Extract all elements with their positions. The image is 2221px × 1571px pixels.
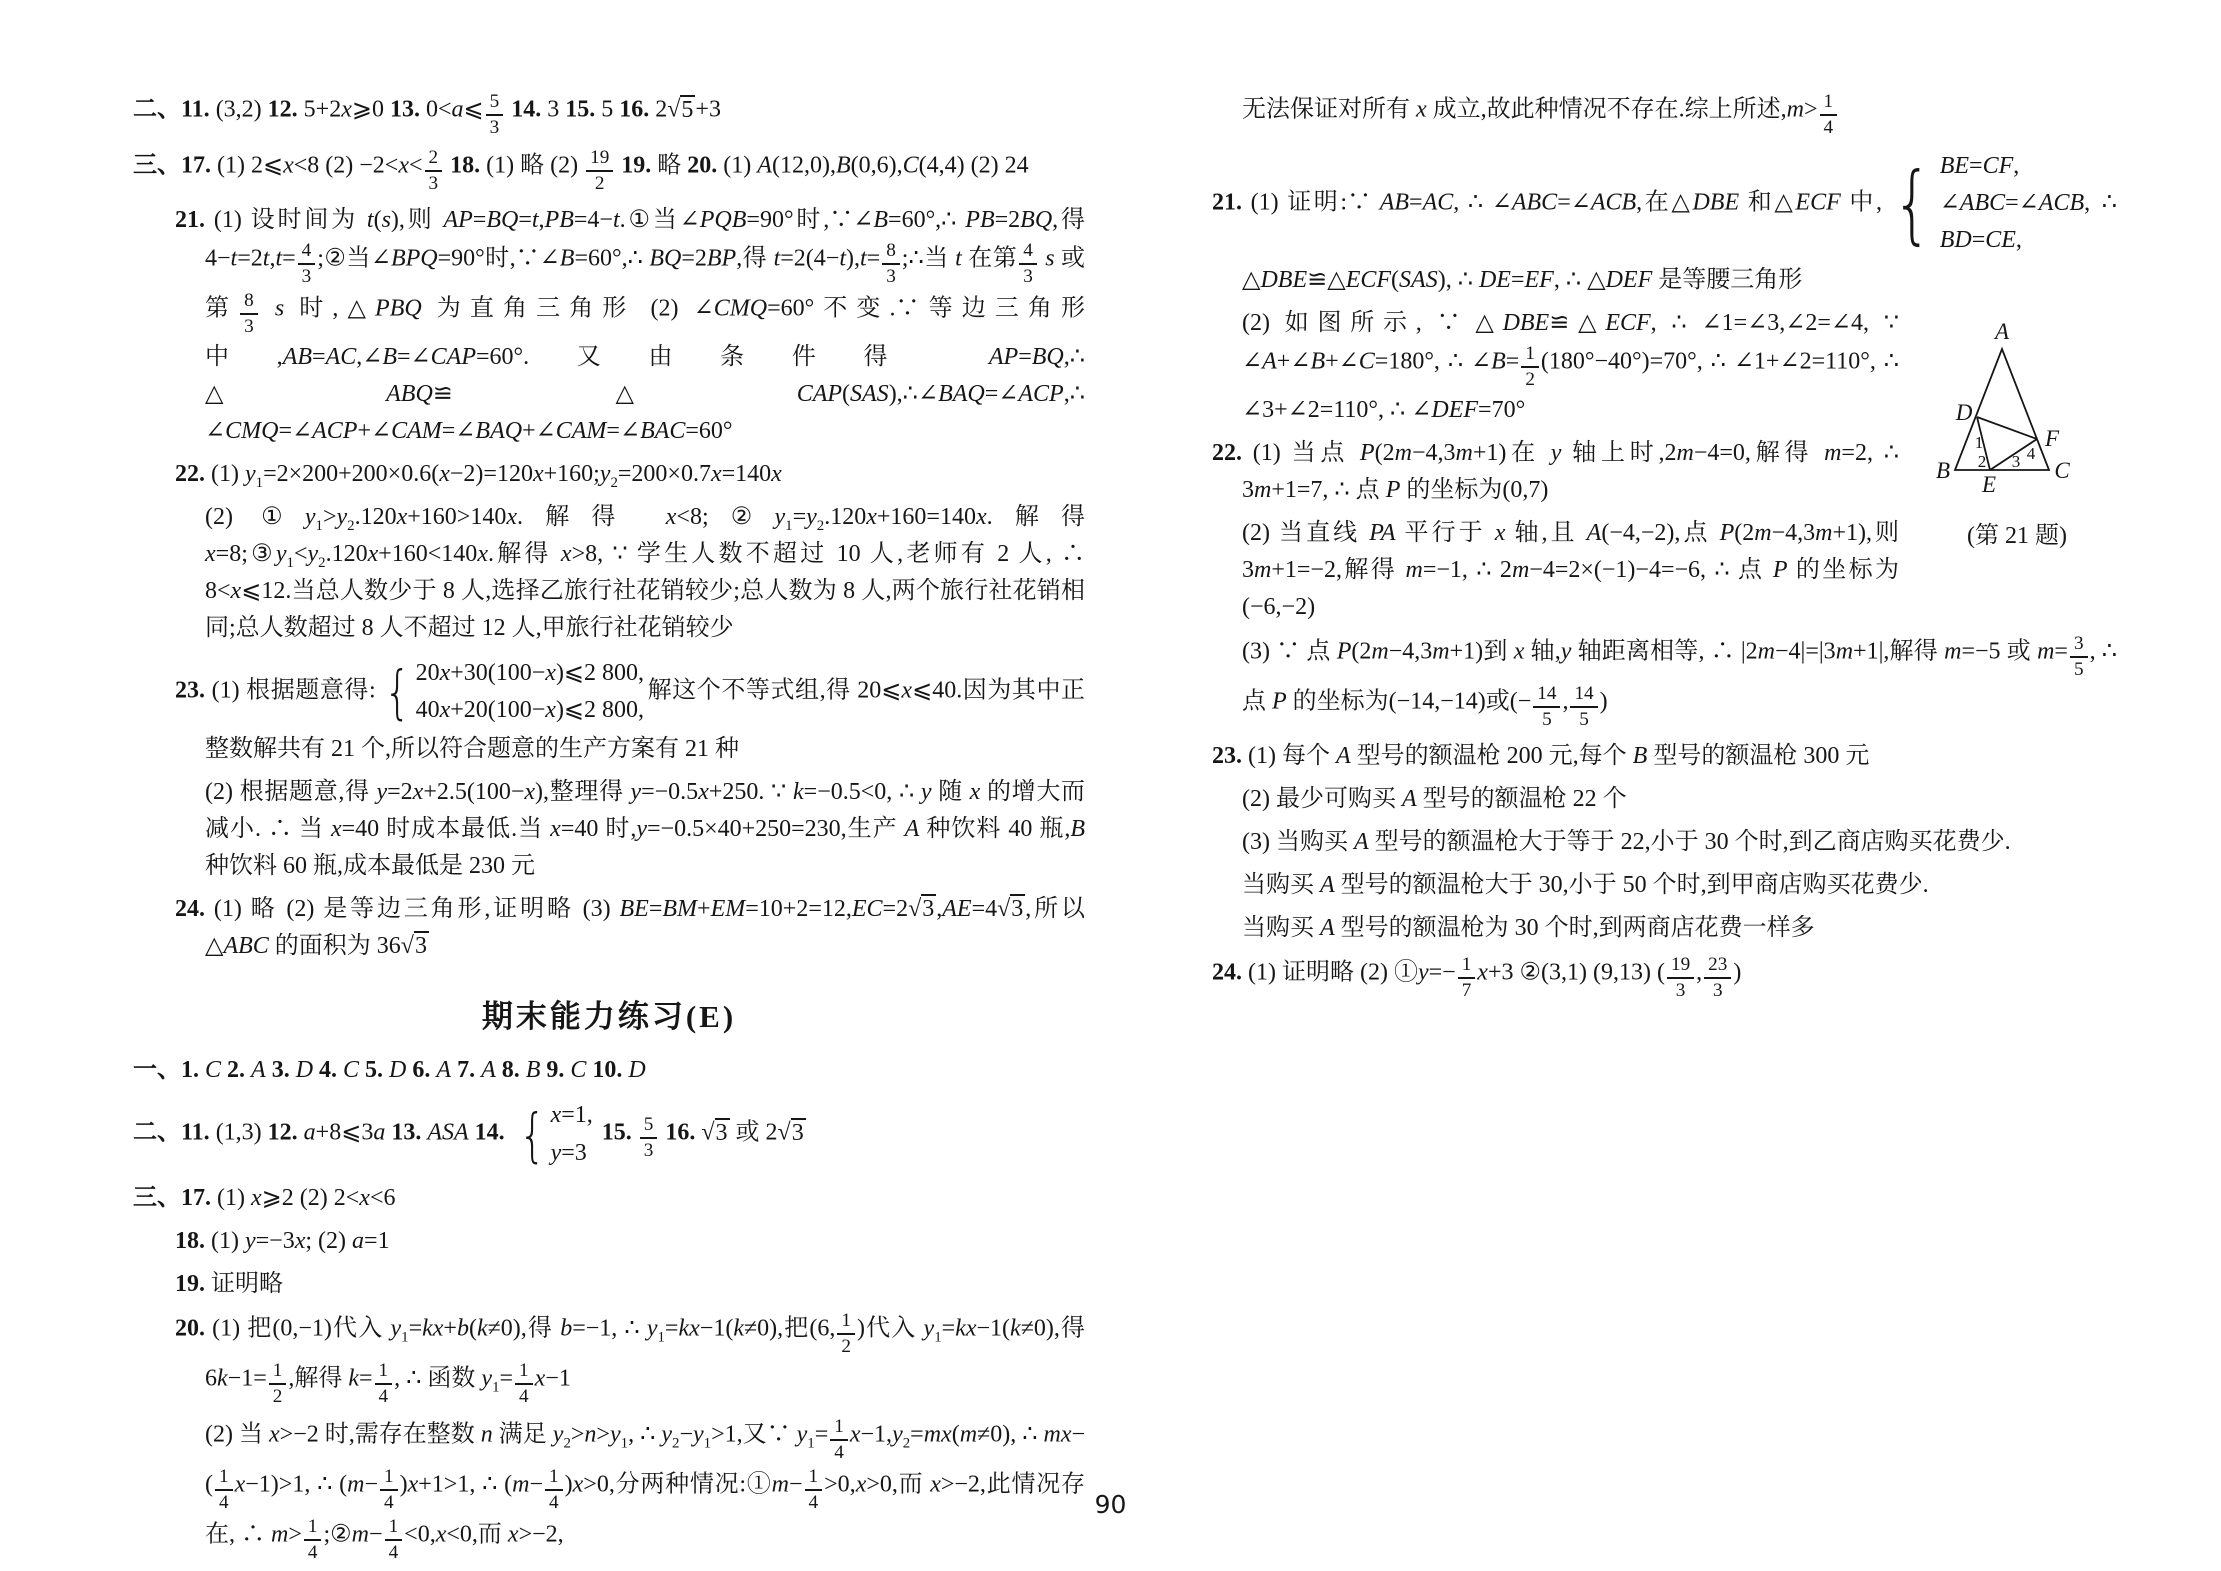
answer-paragraph: (2) ①y1>y2.120x+160>140x.解得 x<8;②y1=y2.1… [133, 499, 1085, 647]
problem-number: 18. [175, 1228, 211, 1254]
numerator: 1 [215, 1465, 233, 1491]
problem-number: 24. [1212, 959, 1248, 985]
fraction: 53 [640, 1113, 658, 1163]
denominator: 3 [1704, 979, 1731, 1003]
left-brace: { [519, 1106, 546, 1164]
denominator: 5 [1570, 708, 1597, 732]
item-number: 二、11. [133, 97, 210, 123]
denominator: 5 [1533, 708, 1560, 732]
angle-label-3: 3 [2012, 452, 2021, 471]
system-row: 40x+20(100−x)⩽2 800, [416, 692, 644, 729]
item-number: 一、1. [133, 1057, 199, 1083]
denominator: 3 [640, 1139, 658, 1163]
square-root: √5 [667, 95, 695, 123]
numerator: 1 [837, 1309, 855, 1335]
fraction: 14 [304, 1515, 322, 1565]
problem-20: 20. (1) 把(0,−1)代入 y1=kx+b(k≠0),得 b=−1, ∴… [133, 1309, 1085, 1409]
equation-system: {20x+30(100−x)⩽2 800,40x+20(100−x)⩽2 800… [379, 655, 644, 729]
answer-paragraph: (2) 最少可购买 A 型号的额温枪 22 个 [1212, 781, 2117, 818]
angle-label-2: 2 [1978, 452, 1987, 471]
item-number: 4. [319, 1057, 337, 1083]
square-root: √3 [401, 931, 429, 959]
denominator: 4 [830, 1441, 848, 1465]
numerator: 5 [640, 1113, 658, 1139]
answer-paragraph: 三、17. (1) x⩾2 (2) 2<x<6 [133, 1180, 1085, 1217]
fraction: 145 [1570, 682, 1597, 732]
fraction: 14 [375, 1359, 393, 1409]
problem-number: 23. [1212, 743, 1248, 769]
numerator: 14 [1570, 682, 1597, 708]
numerator: 14 [1533, 682, 1560, 708]
numerator: 23 [1704, 953, 1731, 979]
radicand: 3 [414, 931, 429, 959]
denominator: 3 [298, 265, 316, 289]
numerator: 1 [515, 1359, 533, 1385]
problem-number: 19. [175, 1271, 211, 1297]
numerator: 1 [1820, 90, 1838, 116]
item-number: 14. [475, 1120, 505, 1146]
square-root: √3 [778, 1118, 806, 1146]
item-number: 7. [457, 1057, 475, 1083]
left-column: 二、11. (3,2) 12. 5+2x⩾0 13. 0<a⩽53 14. 3 … [133, 84, 1085, 1571]
item-number: 9. [546, 1057, 564, 1083]
denominator: 2 [1521, 368, 1539, 392]
numerator: 5 [486, 90, 504, 116]
section-heading: 期末能力练习(E) [133, 991, 1085, 1036]
answer-paragraph: (3) ∵ 点 P(2m−4,3m+1)到 x 轴,y 轴距离相等, ∴ |2m… [1212, 632, 2117, 732]
problem-21-figure: A B C D E F 1 2 3 4 (第 21 题) [1917, 307, 2117, 555]
fraction: 14 [1820, 90, 1838, 140]
vertex-label-b: B [1936, 458, 1950, 483]
denominator: 4 [515, 1385, 533, 1409]
radicand: 3 [791, 1118, 806, 1146]
denominator: 2 [837, 1335, 855, 1359]
equation-system: {BE=CF,∠ABC=∠ACB,BD=CE, [1885, 148, 2090, 260]
problem-number: 24. [175, 896, 214, 922]
problem-19: 19. 证明略 [133, 1266, 1085, 1303]
square-root: √3 [908, 894, 936, 922]
triangle-diagram: A B C D E F 1 2 3 4 [1922, 307, 2112, 502]
numerator: 8 [240, 289, 258, 315]
item-number: 12. [268, 97, 298, 123]
denominator: 3 [486, 116, 504, 140]
square-root: √3 [701, 1118, 729, 1146]
radicand: 3 [1010, 894, 1025, 922]
radical-sign: √ [778, 1120, 791, 1146]
system-row: BD=CE, [1940, 222, 2090, 259]
item-number: 8. [502, 1057, 520, 1083]
denominator: 7 [1458, 979, 1476, 1003]
numerator: 19 [1667, 953, 1694, 979]
fraction: 35 [2070, 632, 2088, 682]
fraction: 83 [240, 289, 258, 339]
denominator: 5 [2070, 658, 2088, 682]
numerator: 4 [298, 239, 316, 265]
item-number: 三、17. [133, 153, 211, 179]
item-number: 19. [621, 153, 651, 179]
item-number: 16. [619, 97, 649, 123]
item-number: 20. [687, 153, 717, 179]
item-number: 14. [511, 97, 541, 123]
system-row: 20x+30(100−x)⩽2 800, [416, 655, 644, 692]
answer-paragraph: 二、11. (1,3) 12. a+8⩽3a 13. ASA 14. {x=1,… [133, 1095, 1085, 1173]
fraction: 53 [486, 90, 504, 140]
fraction: 12 [1521, 342, 1539, 392]
vertex-label-e: E [1981, 472, 1996, 497]
square-root: √3 [997, 894, 1025, 922]
denominator: 4 [375, 1385, 393, 1409]
item-number: 6. [412, 1057, 430, 1083]
answer-key-page: { "page": { "number": "90" }, "figure": … [0, 0, 2221, 1571]
problem-23: 23. (1) 根据题意得:{20x+30(100−x)⩽2 800,40x+2… [133, 653, 1085, 768]
denominator: 4 [385, 1541, 403, 1565]
fraction: 14 [830, 1415, 848, 1465]
fraction: 12 [837, 1309, 855, 1359]
numerator: 1 [1458, 953, 1476, 979]
problem-number: 21. [1212, 189, 1251, 215]
problem-number: 21. [175, 207, 214, 233]
item-number: 15. [602, 1120, 632, 1146]
radicand: 5 [680, 95, 695, 123]
item-number: 13. [390, 97, 420, 123]
fraction: 43 [298, 239, 316, 289]
problem-number: 22. [175, 461, 211, 487]
numerator: 1 [269, 1359, 287, 1385]
radical-sign: √ [701, 1120, 714, 1146]
vertex-label-c: C [2054, 458, 2070, 483]
answer-paragraph: (3) 当购买 A 型号的额温枪大于等于 22,小于 30 个时,到乙商店购买花… [1212, 824, 2117, 861]
fraction: 192 [586, 146, 613, 196]
system-row: x=1, [551, 1097, 593, 1134]
problem-number: 22. [1212, 440, 1253, 466]
radical-sign: √ [908, 896, 921, 922]
denominator: 4 [304, 1541, 322, 1565]
fraction: 14 [515, 1359, 533, 1409]
answer-paragraph: 三、17. (1) 2⩽x<8 (2) −2<x<23 18. (1) 略 (2… [133, 146, 1085, 196]
item-number: 18. [450, 153, 480, 179]
vertex-label-f: F [2044, 426, 2060, 451]
numerator: 19 [586, 146, 613, 172]
problem-21: 21. (1) 设时间为 t(s),则 AP=BQ=t,PB=4−t.①当∠PQ… [133, 202, 1085, 450]
item-number: 三、17. [133, 1185, 211, 1211]
radicand: 3 [715, 1118, 730, 1146]
fraction: 43 [1019, 239, 1037, 289]
radical-sign: √ [667, 97, 680, 123]
angle-label-4: 4 [2027, 444, 2036, 463]
fraction: 83 [882, 239, 900, 289]
item-number: 15. [565, 97, 595, 123]
denominator: 3 [1019, 265, 1037, 289]
radicand: 3 [921, 894, 936, 922]
fraction: 193 [1667, 953, 1694, 1003]
page-number: 90 [0, 1490, 2221, 1519]
denominator: 3 [882, 265, 900, 289]
item-number: 二、11. [133, 1120, 210, 1146]
denominator: 3 [1667, 979, 1694, 1003]
problem-22: 22. (1) y1=2×200+200×0.6(x−2)=120x+160;y… [133, 456, 1085, 493]
item-number: 10. [592, 1057, 622, 1083]
numerator: 1 [380, 1465, 398, 1491]
denominator: 2 [269, 1385, 287, 1409]
equation-system: {x=1,y=3 [514, 1097, 593, 1171]
item-number: 12. [268, 1120, 298, 1146]
vertex-label-a: A [1993, 319, 2010, 344]
vertex-label-d: D [1955, 400, 1973, 425]
problem-24: 24. (1) 证明略 (2) ①y=−17x+3 ②(3,1) (9,13) … [1212, 953, 2117, 1003]
item-number: 16. [665, 1120, 695, 1146]
fraction: 145 [1533, 682, 1560, 732]
numerator: 3 [2070, 632, 2088, 658]
problem-number: 23. [175, 678, 212, 704]
numerator: 2 [425, 146, 443, 172]
figure-caption: (第 21 题) [1917, 518, 2117, 555]
problem-number: 20. [175, 1315, 212, 1341]
left-brace: { [384, 663, 411, 721]
answer-paragraph: 无法保证对所有 x 成立,故此种情况不存在.综上所述,m>14 [1212, 90, 2117, 140]
denominator: 3 [425, 172, 443, 196]
numerator: 1 [1521, 342, 1539, 368]
radical-sign: √ [401, 933, 414, 959]
system-row: BE=CF, [1940, 148, 2090, 185]
fraction: 23 [425, 146, 443, 196]
denominator: 2 [586, 172, 613, 196]
denominator: 3 [240, 315, 258, 339]
answer-paragraph: A B C D E F 1 2 3 4 (第 21 题) (2) 如图所示, ∵… [1212, 305, 2117, 429]
left-brace: { [1893, 161, 1932, 247]
denominator: 4 [1820, 116, 1838, 140]
system-row: ∠ABC=∠ACB, [1940, 185, 2090, 222]
system-row: y=3 [551, 1135, 593, 1172]
fraction: 14 [385, 1515, 403, 1565]
system-rows: x=1,y=3 [551, 1097, 593, 1171]
item-number: 2. [227, 1057, 245, 1083]
problem-18: 18. (1) y=−3x; (2) a=1 [133, 1223, 1085, 1260]
item-number: 5. [365, 1057, 383, 1083]
answer-paragraph: 当购买 A 型号的额温枪大于 30,小于 50 个时,到甲商店购买花费少. [1212, 867, 2117, 904]
numerator: 4 [1019, 239, 1037, 265]
right-column: 无法保证对所有 x 成立,故此种情况不存在.综上所述,m>1421. (1) 证… [1212, 84, 2117, 1009]
angle-label-1: 1 [1975, 433, 1984, 452]
answer-paragraph: 当购买 A 型号的额温枪为 30 个时,到两商店花费一样多 [1212, 910, 2117, 947]
numerator: 1 [805, 1465, 823, 1491]
fraction: 233 [1704, 953, 1731, 1003]
numerator: 8 [882, 239, 900, 265]
answer-paragraph: 二、11. (3,2) 12. 5+2x⩾0 13. 0<a⩽53 14. 3 … [133, 90, 1085, 140]
fraction: 17 [1458, 953, 1476, 1003]
answer-paragraph: (2) 根据题意,得 y=2x+2.5(100−x),整理得 y=−0.5x+2… [133, 774, 1085, 885]
problem-21: 21. (1) 证明:∵ AB=AC, ∴ ∠ABC=∠ACB,在△DBE 和△… [1212, 146, 2117, 299]
problem-23: 23. (1) 每个 A 型号的额温枪 200 元,每个 B 型号的额温枪 30… [1212, 738, 2117, 775]
system-rows: BE=CF,∠ABC=∠ACB,BD=CE, [1940, 148, 2090, 260]
item-number: 13. [391, 1120, 421, 1146]
numerator: 1 [375, 1359, 393, 1385]
fraction: 12 [269, 1359, 287, 1409]
answer-paragraph: 一、1. C 2. A 3. D 4. C 5. D 6. A 7. A 8. … [133, 1052, 1085, 1089]
numerator: 1 [545, 1465, 563, 1491]
system-rows: 20x+30(100−x)⩽2 800,40x+20(100−x)⩽2 800, [416, 655, 644, 729]
problem-24: 24. (1) 略 (2) 是等边三角形,证明略 (3) BE=BM+EM=10… [133, 891, 1085, 965]
numerator: 1 [830, 1415, 848, 1441]
item-number: 3. [272, 1057, 290, 1083]
radical-sign: √ [997, 896, 1010, 922]
